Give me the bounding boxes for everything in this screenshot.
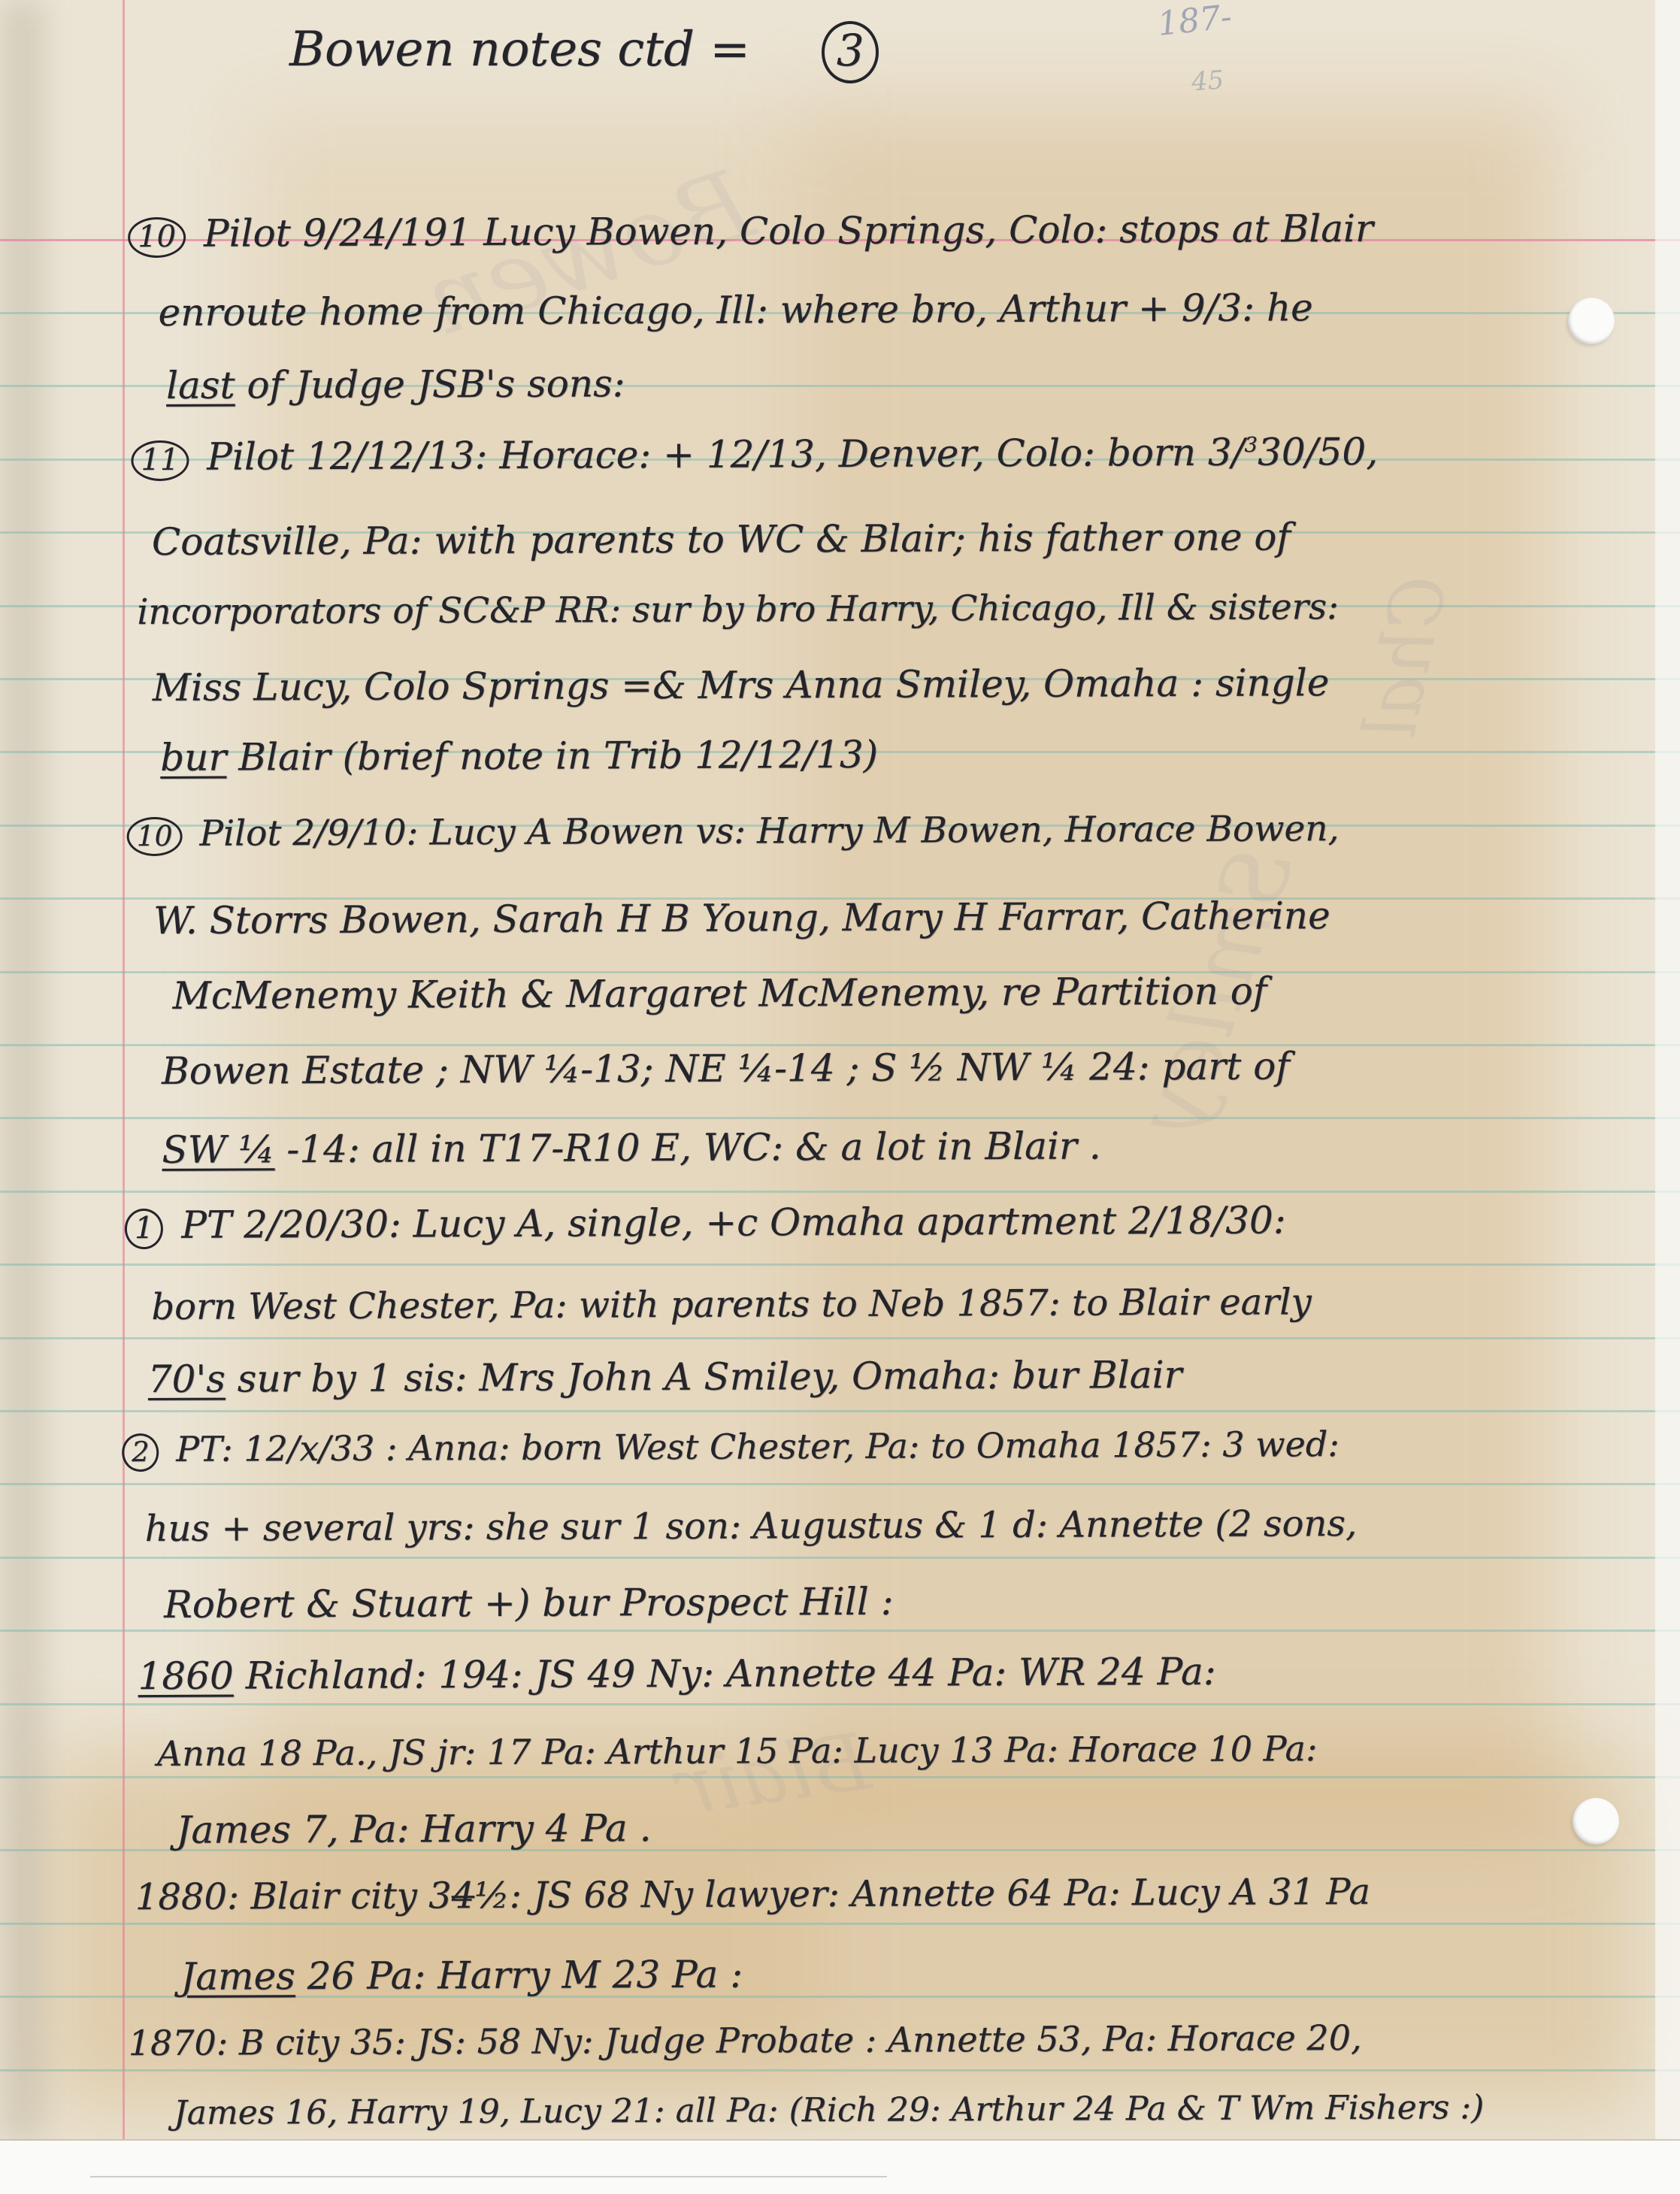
handwritten-text: 4 (451, 1875, 474, 1917)
handwritten-line: 1870: B city 35: JS: 58 Ny: Judge Probat… (129, 2017, 1362, 2063)
handwritten-text: Pilot 2/9/10: Lucy A Bowen vs: Harry M B… (188, 808, 1339, 855)
handwritten-text: 26 Pa: Harry M 23 Pa : (295, 1953, 743, 1999)
handwritten-text: PT 2/20/30: Lucy A, single, +c Omaha apa… (169, 1198, 1286, 1246)
handwritten-text: 30/50, (1258, 430, 1378, 474)
handwritten-line: 10 Pilot 9/24/191 Lucy Bowen, Colo Sprin… (128, 207, 1373, 256)
handwritten-text: 70's (148, 1357, 226, 1401)
scanner-bottom-strip (0, 2141, 1680, 2194)
handwritten-line: last of Judge JSB's sons: (166, 362, 625, 407)
handwritten-text: 1880: Blair city 3 (135, 1875, 452, 1918)
circled-number: 1 (125, 1209, 164, 1249)
punch-hole-bottom (1573, 1798, 1619, 1844)
handwritten-text: Richland: 194: JS 49 Ny: Annette 44 Pa: … (234, 1650, 1216, 1698)
handwritten-text: James (180, 1954, 295, 1999)
handwritten-text: Anna 18 Pa., JS jr: 17 Pa: Arthur 15 Pa:… (157, 1728, 1318, 1774)
handwritten-line: SW ¼ -14: all in T17-R10 E, WC: & a lot … (162, 1124, 1100, 1171)
handwritten-text: bur (160, 736, 226, 779)
handwritten-text: Blair (brief note in Trib 12/12/13) (226, 733, 878, 779)
handwritten-line: born West Chester, Pa: with parents to N… (151, 1281, 1312, 1328)
handwritten-line: Anna 18 Pa., JS jr: 17 Pa: Arthur 15 Pa:… (157, 1728, 1318, 1774)
handwritten-line: 1 PT 2/20/30: Lucy A, single, +c Omaha a… (125, 1198, 1286, 1247)
handwritten-text: SW ¼ (162, 1127, 274, 1172)
handwritten-text: James 16, Harry 19, Lucy 21: all Pa: (Ri… (174, 2088, 1484, 2132)
handwritten-line: enroute home from Chicago, Ill: where br… (158, 286, 1312, 334)
handwritten-text: enroute home from Chicago, Ill: where br… (158, 286, 1312, 334)
handwritten-line: McMenemy Keith & Margaret McMenemy, re P… (172, 970, 1267, 1018)
circled-number: 10 (127, 817, 183, 856)
handwritten-line: W. Storrs Bowen, Sarah H B Young, Mary H… (153, 894, 1330, 943)
handwritten-line: 1860 Richland: 194: JS 49 Ny: Annette 44… (138, 1650, 1215, 1698)
handwritten-text: born West Chester, Pa: with parents to N… (151, 1281, 1312, 1328)
handwritten-line: 2 PT: 12/x/33 : Anna: born West Chester,… (122, 1424, 1339, 1469)
handwritten-text: ½: JS 68 Ny lawyer: Annette 64 Pa: Lucy … (474, 1871, 1370, 1917)
circled-number: 10 (128, 217, 186, 258)
circled-number: 11 (131, 440, 189, 481)
handwritten-text: 1870: B city 35: JS: 58 Ny: Judge Probat… (129, 2017, 1362, 2063)
handwritten-line: hus + several yrs: she sur 1 son: August… (145, 1503, 1358, 1550)
handwritten-text: sur by 1 sis: Mrs John A Smiley, Omaha: … (226, 1353, 1182, 1401)
handwritten-line: 10 Pilot 2/9/10: Lucy A Bowen vs: Harry … (127, 808, 1339, 855)
handwritten-text: 3 (1244, 433, 1258, 457)
handwritten-text: PT: 12/x/33 : Anna: born West Chester, P… (165, 1424, 1339, 1469)
handwritten-text: Pilot 9/24/191 Lucy Bowen, Colo Springs,… (192, 207, 1373, 256)
handwritten-line: bur Blair (brief note in Trib 12/12/13) (160, 733, 878, 779)
circled-number: 2 (122, 1433, 159, 1472)
handwritten-line: 1880: Blair city 34½: JS 68 Ny lawyer: A… (135, 1871, 1370, 1918)
handwritten-text: hus + several yrs: she sur 1 son: August… (145, 1503, 1358, 1550)
handwritten-line: incorporators of SC&P RR: sur by bro Har… (137, 586, 1339, 633)
handwritten-text: James 7, Pa: Harry 4 Pa . (176, 1806, 651, 1852)
handwritten-line: James 7, Pa: Harry 4 Pa . (176, 1806, 651, 1852)
handwritten-text: of Judge JSB's sons: (235, 362, 625, 407)
handwritten-line: James 16, Harry 19, Lucy 21: all Pa: (Ri… (174, 2088, 1484, 2132)
handwritten-line: Robert & Stuart +) bur Prospect Hill : (164, 1580, 894, 1627)
handwritten-text: McMenemy Keith & Margaret McMenemy, re P… (172, 970, 1267, 1018)
paper-sheet: 187-45BowenSmileyChalBlair Bowen notes c… (0, 0, 1680, 2141)
handwritten-line: Coatsville, Pa: with parents to WC & Bla… (152, 515, 1291, 564)
handwritten-text: Robert & Stuart +) bur Prospect Hill : (164, 1580, 894, 1627)
handwritten-text: Miss Lucy, Colo Springs =& Mrs Anna Smil… (153, 661, 1330, 710)
punch-hole-top (1568, 298, 1615, 344)
handwritten-text: Coatsville, Pa: with parents to WC & Bla… (152, 515, 1291, 564)
handwritten-line: Miss Lucy, Colo Springs =& Mrs Anna Smil… (153, 661, 1330, 710)
handwritten-text: Bowen Estate ; NW ¼-13; NE ¼-14 ; S ½ NW… (162, 1044, 1290, 1093)
handwritten-line: James 26 Pa: Harry M 23 Pa : (180, 1953, 743, 1999)
handwritten-line: 70's sur by 1 sis: Mrs John A Smiley, Om… (148, 1353, 1182, 1401)
handwritten-text: Pilot 12/12/13: Horace: + 12/13, Denver,… (195, 431, 1244, 479)
handwritten-text: W. Storrs Bowen, Sarah H B Young, Mary H… (153, 894, 1330, 943)
scanned-notebook-page: 187-45BowenSmileyChalBlair Bowen notes c… (0, 0, 1680, 2194)
handwritten-text: last (166, 364, 235, 407)
handwritten-line: 11 Pilot 12/12/13: Horace: + 12/13, Denv… (131, 430, 1378, 479)
handwritten-text: incorporators of SC&P RR: sur by bro Har… (137, 586, 1339, 633)
handwritten-line: Bowen Estate ; NW ¼-13; NE ¼-14 ; S ½ NW… (162, 1044, 1290, 1093)
scanner-right-strip (1655, 0, 1680, 2139)
handwritten-text: -14: all in T17-R10 E, WC: & a lot in Bl… (274, 1124, 1100, 1171)
handwritten-text: 1860 (138, 1654, 234, 1699)
handwriting-layer: 10 Pilot 9/24/191 Lucy Bowen, Colo Sprin… (0, 0, 1680, 2143)
scanner-artifact-line (90, 2176, 887, 2177)
